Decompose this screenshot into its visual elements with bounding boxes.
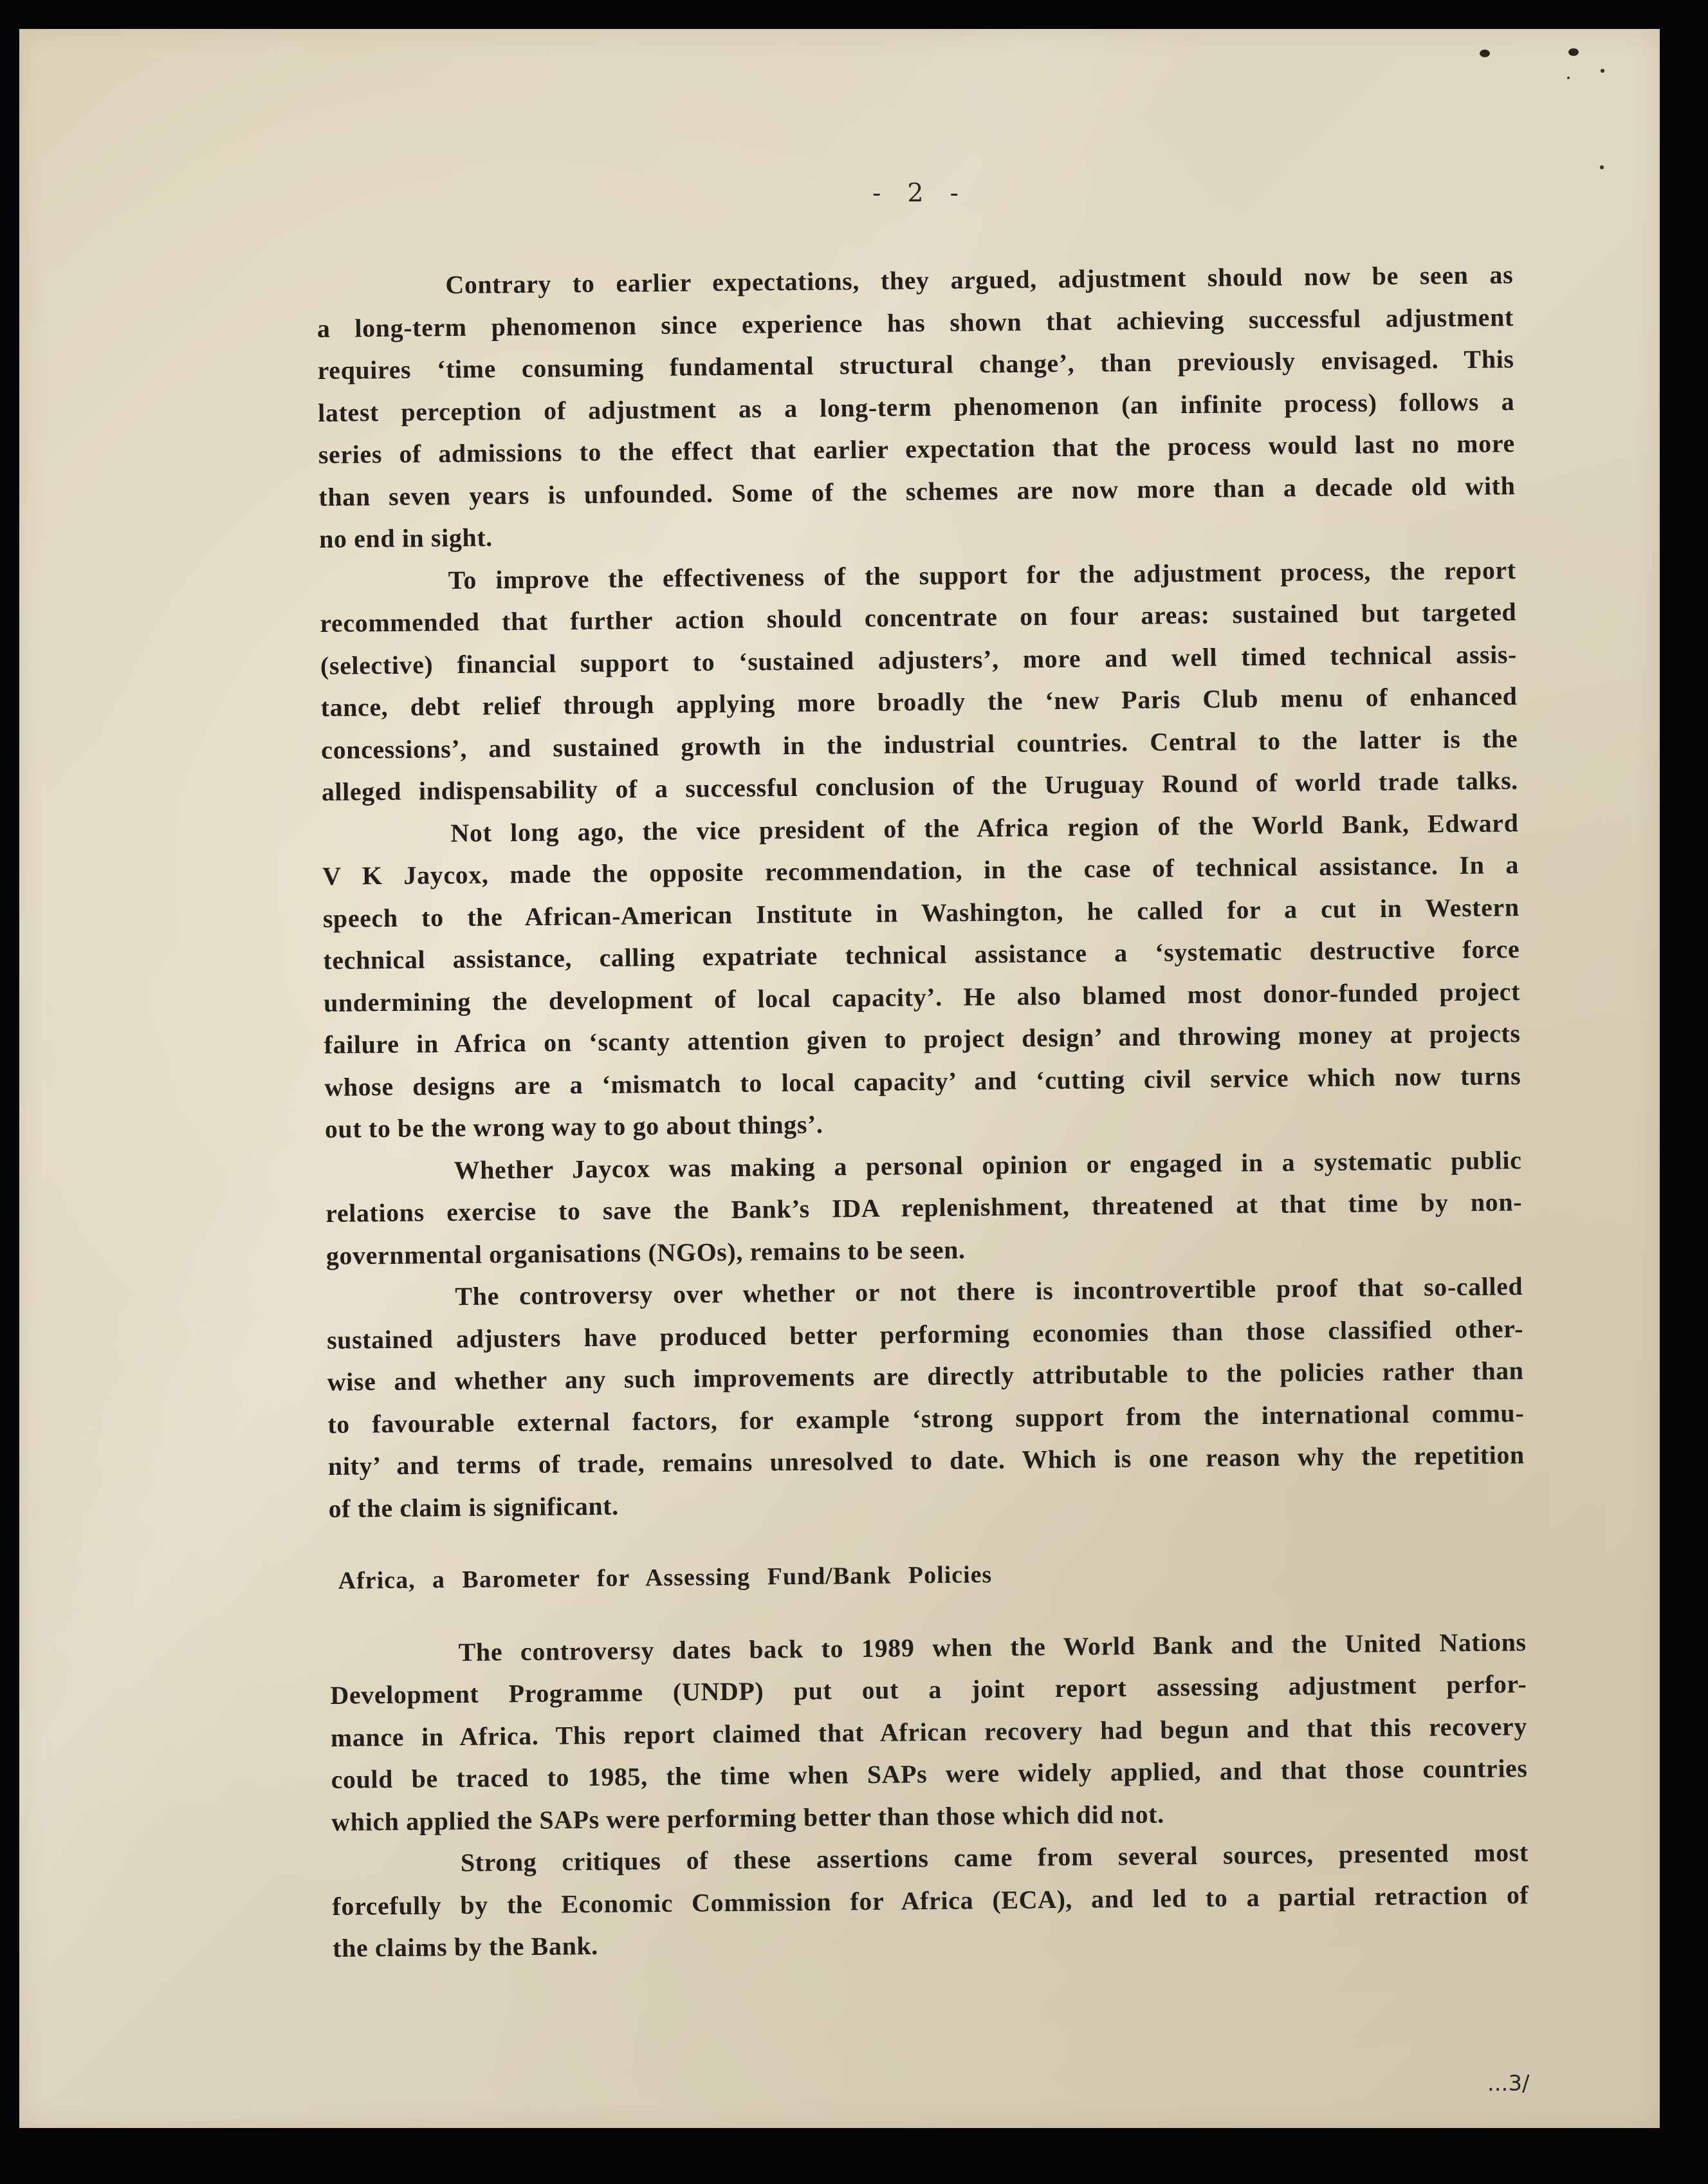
ink-speck: [1601, 69, 1604, 73]
page-number: - 2 -: [856, 178, 984, 208]
paragraph-1: Contrary to earlier expectations, they a…: [317, 254, 1516, 560]
staple-hole-right: [1568, 48, 1579, 56]
ink-speck: [1600, 165, 1604, 169]
continuation-marker: ...3/: [1487, 2071, 1530, 2096]
section-heading: Africa, a Barometer for Assessing Fund/B…: [338, 1549, 1526, 1602]
ink-speck: [1567, 77, 1570, 79]
document-body: Contrary to earlier expectations, they a…: [317, 254, 1529, 1969]
paragraph-6: The controversy dates back to 1989 when …: [329, 1621, 1528, 1843]
paragraph-3: Not long ago, the vice president of the …: [322, 802, 1521, 1151]
paragraph-2: To improve the effectiveness of the supp…: [319, 549, 1518, 813]
paragraph-7: Strong critiques of these assertions cam…: [332, 1831, 1530, 1969]
paragraph-5: The controversy over whether or not ther…: [326, 1265, 1525, 1530]
staple-hole-left: [1480, 50, 1490, 57]
paragraph-4: Whether Jaycox was making a personal opi…: [325, 1139, 1523, 1277]
